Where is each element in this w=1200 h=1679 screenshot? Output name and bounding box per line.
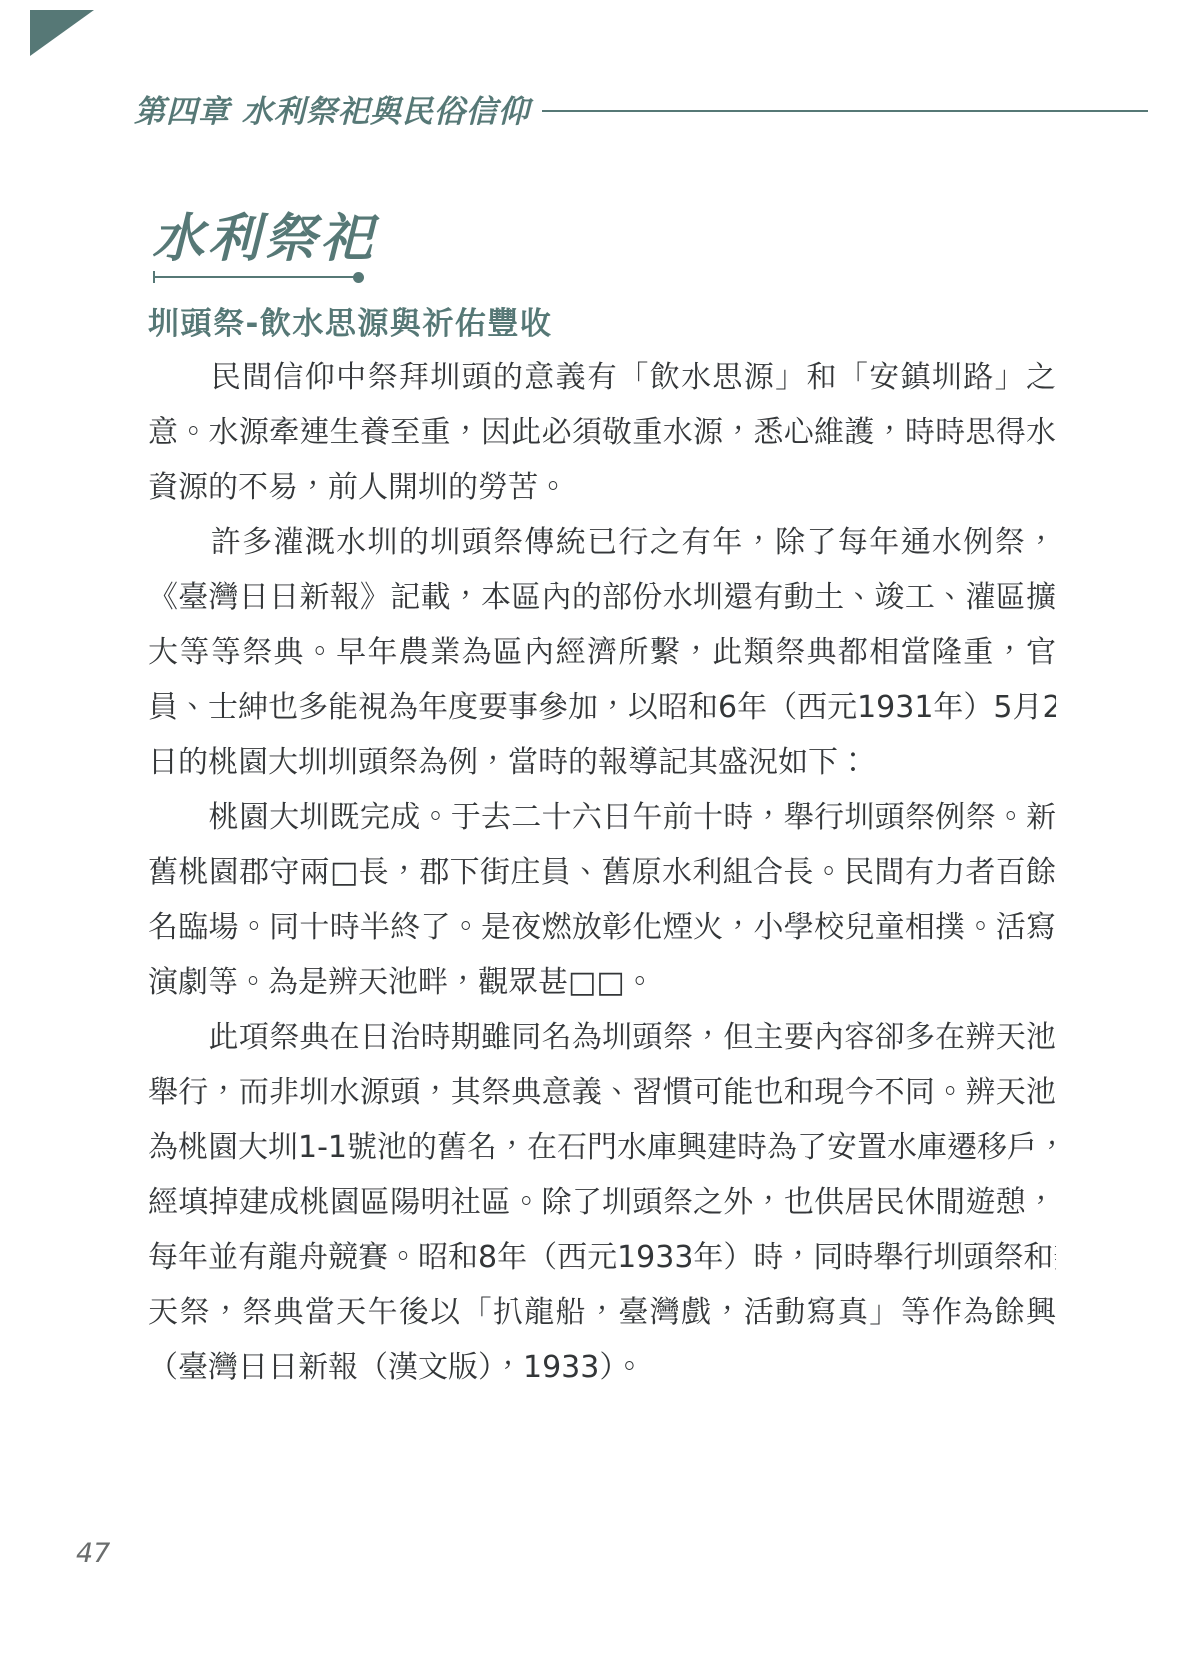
text-line: 許多灌溉水圳的圳頭祭傳統已行之有年，除了每年通水例祭， — [148, 515, 1056, 570]
text-line: 此項祭典在日治時期雖同名為圳頭祭，但主要內容卻多在辨天池 — [148, 1010, 1056, 1065]
chapter-header-title: 第四章 水利祭祀與民俗信仰 — [134, 86, 530, 131]
text-line: 《臺灣日日新報》記載，本區內的部份水圳還有動土、竣工、灌區擴 — [148, 570, 1056, 625]
text-line: 意。水源牽連生養至重，因此必須敬重水源，悉心維護，時時思得水 — [148, 405, 1056, 460]
text-line: 員、士紳也多能視為年度要事參加，以昭和6年（西元1931年）5月28 — [148, 680, 1056, 735]
underline-end-dot-icon — [353, 272, 364, 283]
underline-left-tick — [153, 271, 155, 283]
text-line: 舊桃園郡守兩□長，郡下街庄員、舊原水利組合長。民間有力者百餘 — [148, 845, 1056, 900]
text-line: 日的桃園大圳圳頭祭為例，當時的報導記其盛況如下： — [148, 735, 1056, 790]
text-line: 資源的不易，前人開圳的勞苦。 — [148, 460, 1056, 515]
chapter-header-rule — [542, 110, 1148, 112]
page-number: 47 — [76, 1538, 110, 1569]
section-title: 水利祭祀 — [152, 196, 376, 271]
subsection-heading: 圳頭祭-飲水思源與祈佑豐收 — [148, 298, 552, 343]
text-line: （臺灣日日新報（漢文版），1933）。 — [148, 1340, 1056, 1395]
text-line: 天祭，祭典當天午後以「扒龍船，臺灣戲，活動寫真」等作為餘興 — [148, 1285, 1056, 1340]
text-line: 演劇等。為是辨天池畔，觀眾甚□□。 — [148, 955, 1056, 1010]
text-line: 桃園大圳既完成。于去二十六日午前十時，舉行圳頭祭例祭。新 — [148, 790, 1056, 845]
chapter-header: 第四章 水利祭祀與民俗信仰 — [134, 86, 1148, 131]
text-line: 名臨場。同十時半終了。是夜燃放彰化煙火，小學校兒童相撲。活寫 — [148, 900, 1056, 955]
text-line: 舉行，而非圳水源頭，其祭典意義、習慣可能也和現今不同。辨天池 — [148, 1065, 1056, 1120]
text-line: 民間信仰中祭拜圳頭的意義有「飲水思源」和「安鎮圳路」之 — [148, 350, 1056, 405]
text-line: 經填掉建成桃園區陽明社區。除了圳頭祭之外，也供居民休閒遊憩， — [148, 1175, 1056, 1230]
text-line: 每年並有龍舟競賽。昭和8年（西元1933年）時，同時舉行圳頭祭和辨 — [148, 1230, 1056, 1285]
corner-triangle-icon — [30, 10, 94, 56]
document-page: 第四章 水利祭祀與民俗信仰 水利祭祀 圳頭祭-飲水思源與祈佑豐收 民間信仰中祭拜… — [0, 0, 1200, 1679]
body-text: 民間信仰中祭拜圳頭的意義有「飲水思源」和「安鎮圳路」之 意。水源牽連生養至重，因… — [148, 350, 1056, 1395]
section-title-underline — [153, 276, 359, 278]
text-line: 為桃園大圳1-1號池的舊名，在石門水庫興建時為了安置水庫遷移戶， — [148, 1120, 1056, 1175]
text-line: 大等等祭典。早年農業為區內經濟所繫，此類祭典都相當隆重，官 — [148, 625, 1056, 680]
